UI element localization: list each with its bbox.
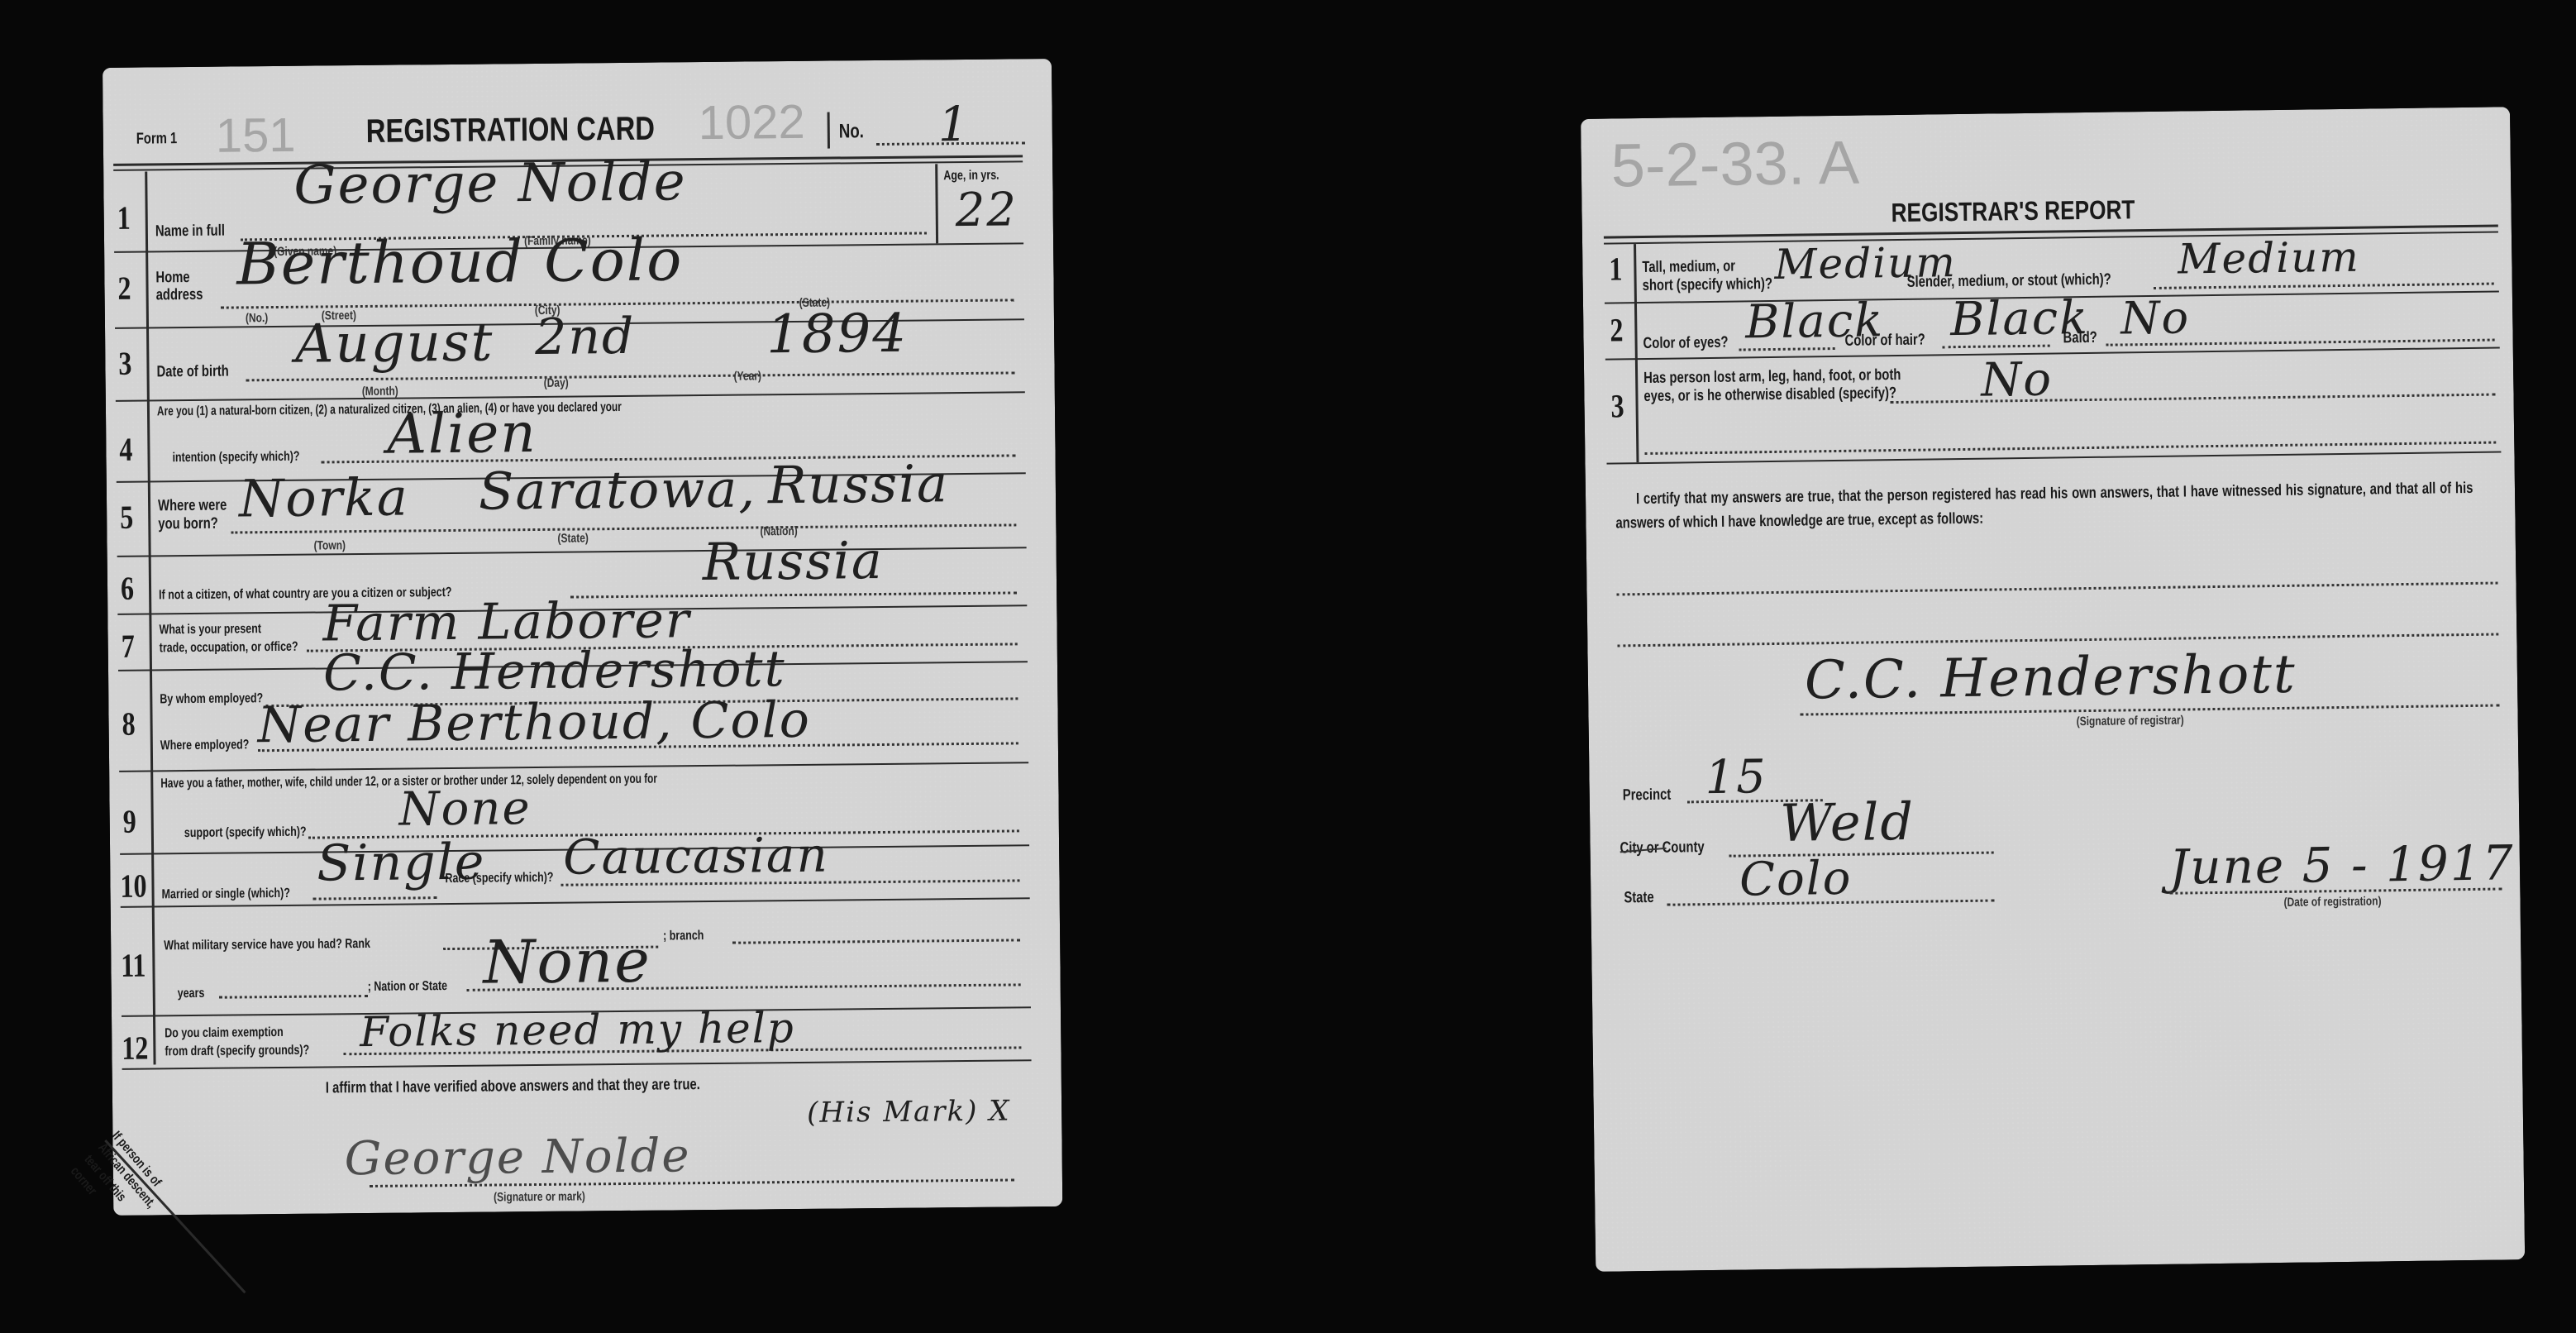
marital-label: Married or single (which)?: [162, 886, 290, 902]
age-label: Age, in yrs.: [943, 169, 999, 184]
form-label: Form 1: [136, 130, 178, 148]
row-number: 1: [117, 198, 131, 237]
applicant-signature: George Nolde: [344, 1129, 690, 1186]
row-divider: [119, 762, 1028, 772]
dependents-value: None: [398, 781, 532, 837]
branch-label: ; branch: [663, 929, 704, 944]
birthplace-label-2: you born?: [158, 515, 218, 534]
occupation-label-2: trade, occupation, or office?: [160, 640, 298, 657]
registrar-signature-caption: (Signature of registrar): [2077, 714, 2184, 729]
row-number: 12: [122, 1029, 148, 1068]
dob-day-value: 2nd: [535, 308, 636, 366]
no-value: 1: [937, 96, 971, 152]
mark-note: (His Mark) X: [807, 1095, 1011, 1130]
build-value: Medium: [2178, 233, 2360, 284]
race-value: Caucasian: [563, 827, 829, 886]
registration-date-caption: (Date of registration): [2283, 894, 2381, 910]
registrar-signature: C.C. Hendershott: [1804, 644, 2297, 712]
row-number: 3: [118, 344, 131, 383]
exemption-value: Folks need my help: [360, 1004, 795, 1056]
occupation-label-1: What is your present: [159, 622, 261, 638]
exemption-label-2: from draft (specify grounds)?: [165, 1044, 309, 1060]
age-column-line: [935, 164, 938, 243]
precinct-value: 15: [1705, 750, 1767, 805]
exceptions-line-1: [1617, 582, 2498, 596]
tear-off-corner-text: If person is of African descent, tear of…: [65, 1128, 188, 1254]
precinct-label: Precinct: [1623, 786, 1672, 805]
height-label-1: Tall, medium, or: [1642, 258, 1735, 277]
birth-state-value: Saratowa,: [479, 458, 757, 521]
row-divider: [117, 547, 1027, 557]
military-label: What military service have you had? Rank: [164, 937, 370, 953]
disability-label-2: eyes, or is he otherwise disabled (speci…: [1643, 385, 1896, 406]
support-label: support (specify which)?: [184, 825, 307, 841]
registrars-report-card: 5-2-33. A REGISTRAR'S REPORT 1 Tall, med…: [1581, 107, 2525, 1272]
row-number: 3: [1610, 386, 1624, 425]
stamp-number: 1022: [698, 94, 805, 150]
row-number: 7: [121, 627, 134, 666]
employer-label: By whom employed?: [160, 691, 263, 707]
exceptions-line-2: [1617, 633, 2498, 647]
birth-nation-value: Russia: [768, 453, 950, 515]
nation-state-label: ; Nation or State: [368, 979, 448, 995]
years-line: [219, 995, 368, 999]
eye-color-label: Color of eyes?: [1643, 334, 1728, 353]
disability-value: No: [1981, 353, 2054, 408]
day-caption: (Day): [544, 376, 569, 390]
state-caption: (State): [557, 531, 588, 545]
marital-line: [313, 896, 437, 900]
registration-date-value: June 5 - 1917: [2169, 834, 2516, 895]
dob-month-value: August: [295, 312, 494, 375]
birth-town-value: Norka: [239, 466, 409, 528]
race-label: Race (specify which)?: [445, 871, 553, 886]
row-number: 4: [119, 430, 132, 469]
report-title: REGISTRAR'S REPORT: [1891, 194, 2135, 228]
branch-line: [732, 939, 1020, 944]
affirm-text: I affirm that I have verified above answ…: [326, 1076, 700, 1097]
signature-caption: (Signature or mark): [494, 1189, 585, 1204]
row-number: 1: [1609, 249, 1623, 288]
years-label: years: [178, 987, 205, 1001]
exemption-label-1: Do you claim exemption: [165, 1025, 284, 1041]
row-number: 9: [123, 802, 136, 841]
intention-label: intention (specify which)?: [172, 450, 299, 466]
bald-label: Bald?: [2063, 329, 2097, 348]
registration-card: Form 1 151 REGISTRATION CARD 1022 No. 1 …: [103, 59, 1062, 1216]
row-number: 2: [1610, 310, 1624, 349]
report-stamp: 5-2-33. A: [1610, 127, 1859, 201]
hair-color-label: Color of hair?: [1844, 332, 1925, 351]
address-value: Berthoud Colo: [236, 226, 684, 298]
build-label: Slender, medium, or stout (which)?: [1907, 271, 2111, 292]
certify-text: I certify that my answers are true, that…: [1615, 476, 2473, 536]
home-label: Home: [155, 269, 189, 287]
no-caption: (No.): [246, 311, 268, 325]
row-number: 8: [122, 705, 135, 743]
citizen-of-value: Russia: [702, 530, 884, 592]
town-caption: (Town): [313, 538, 346, 552]
row-number: 11: [121, 946, 146, 985]
name-value: George Nolde: [293, 151, 687, 217]
state-value: Colo: [1739, 852, 1853, 907]
row-divider: [122, 1059, 1032, 1070]
employed-where-label: Where employed?: [160, 738, 250, 753]
employed-where-value: Near Berthoud, Colo: [257, 691, 811, 754]
row-number: 10: [120, 867, 146, 905]
number-column-line: [1634, 244, 1639, 462]
row-number: 2: [117, 269, 131, 308]
no-label: No.: [839, 120, 864, 143]
row-number: 5: [120, 498, 133, 537]
bald-value: No: [2120, 291, 2191, 344]
state-label: State: [1624, 889, 1654, 907]
citizenship-value: Alien: [387, 401, 537, 466]
card-title: REGISTRATION CARD: [366, 111, 656, 150]
serial-stamp: 151: [215, 107, 295, 164]
birthplace-label-1: Where were: [158, 497, 227, 516]
header-divider: [828, 112, 830, 149]
name-label: Name in full: [155, 222, 225, 241]
row-number: 6: [121, 569, 134, 608]
county-value: Weld: [1780, 791, 1915, 853]
military-value: None: [483, 926, 651, 997]
height-label-2: short (specify which)?: [1643, 275, 1773, 295]
build-line: [2154, 283, 2494, 289]
number-column-line: [145, 171, 155, 1064]
age-value: 22: [955, 183, 1018, 237]
dob-label: Date of birth: [156, 363, 228, 382]
month-caption: (Month): [362, 385, 398, 399]
address-label: address: [156, 286, 203, 305]
year-caption: (Year): [734, 369, 762, 383]
dob-year-value: 1894: [766, 303, 909, 366]
header-rule-2: [1604, 231, 2498, 244]
